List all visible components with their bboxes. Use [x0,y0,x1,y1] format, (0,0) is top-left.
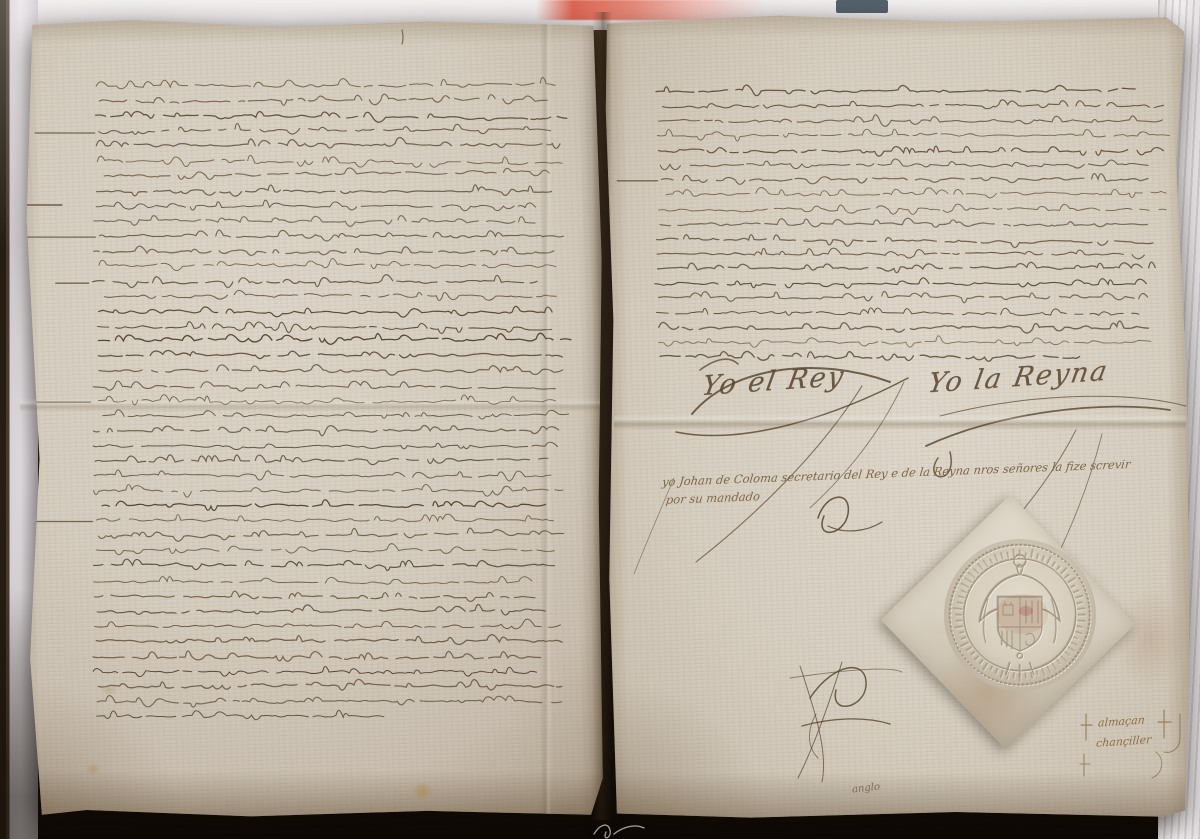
flourish-stroke [926,407,1170,446]
manuscript-left-page [16,20,604,818]
flourish-stroke [810,382,904,508]
royal-wax-seal [940,535,1100,695]
white-scribble-mark [586,816,658,839]
flourish-stroke [1158,710,1171,738]
manuscript-right-page: Yo el Rey Yo la Reyna yo Johan de Coloma… [604,14,1190,820]
flourish-stroke [818,497,848,532]
right-body-text [617,85,1169,361]
flourish-stroke [828,522,882,531]
left-page-wrap [16,20,604,818]
flourish-stroke [1081,714,1092,740]
left-body-text [25,78,571,720]
flourish-stroke [802,719,890,726]
right-page-wrap: Yo el Rey Yo la Reyna yo Johan de Coloma… [604,14,1190,820]
flourish-stroke [940,396,1186,416]
flourish-stroke [402,30,403,44]
dark-fabric-patch [836,0,888,13]
wax-spot [1019,606,1033,616]
manuscript-photograph: Yo el Rey Yo la Reyna yo Johan de Coloma… [0,0,1200,839]
right-page-handwriting [604,14,1190,820]
flourish-stroke [790,669,902,678]
flourish-stroke [1164,714,1180,752]
left-page-handwriting [16,20,604,818]
flourish-stroke [1152,752,1162,778]
flourish-stroke [1080,754,1090,776]
